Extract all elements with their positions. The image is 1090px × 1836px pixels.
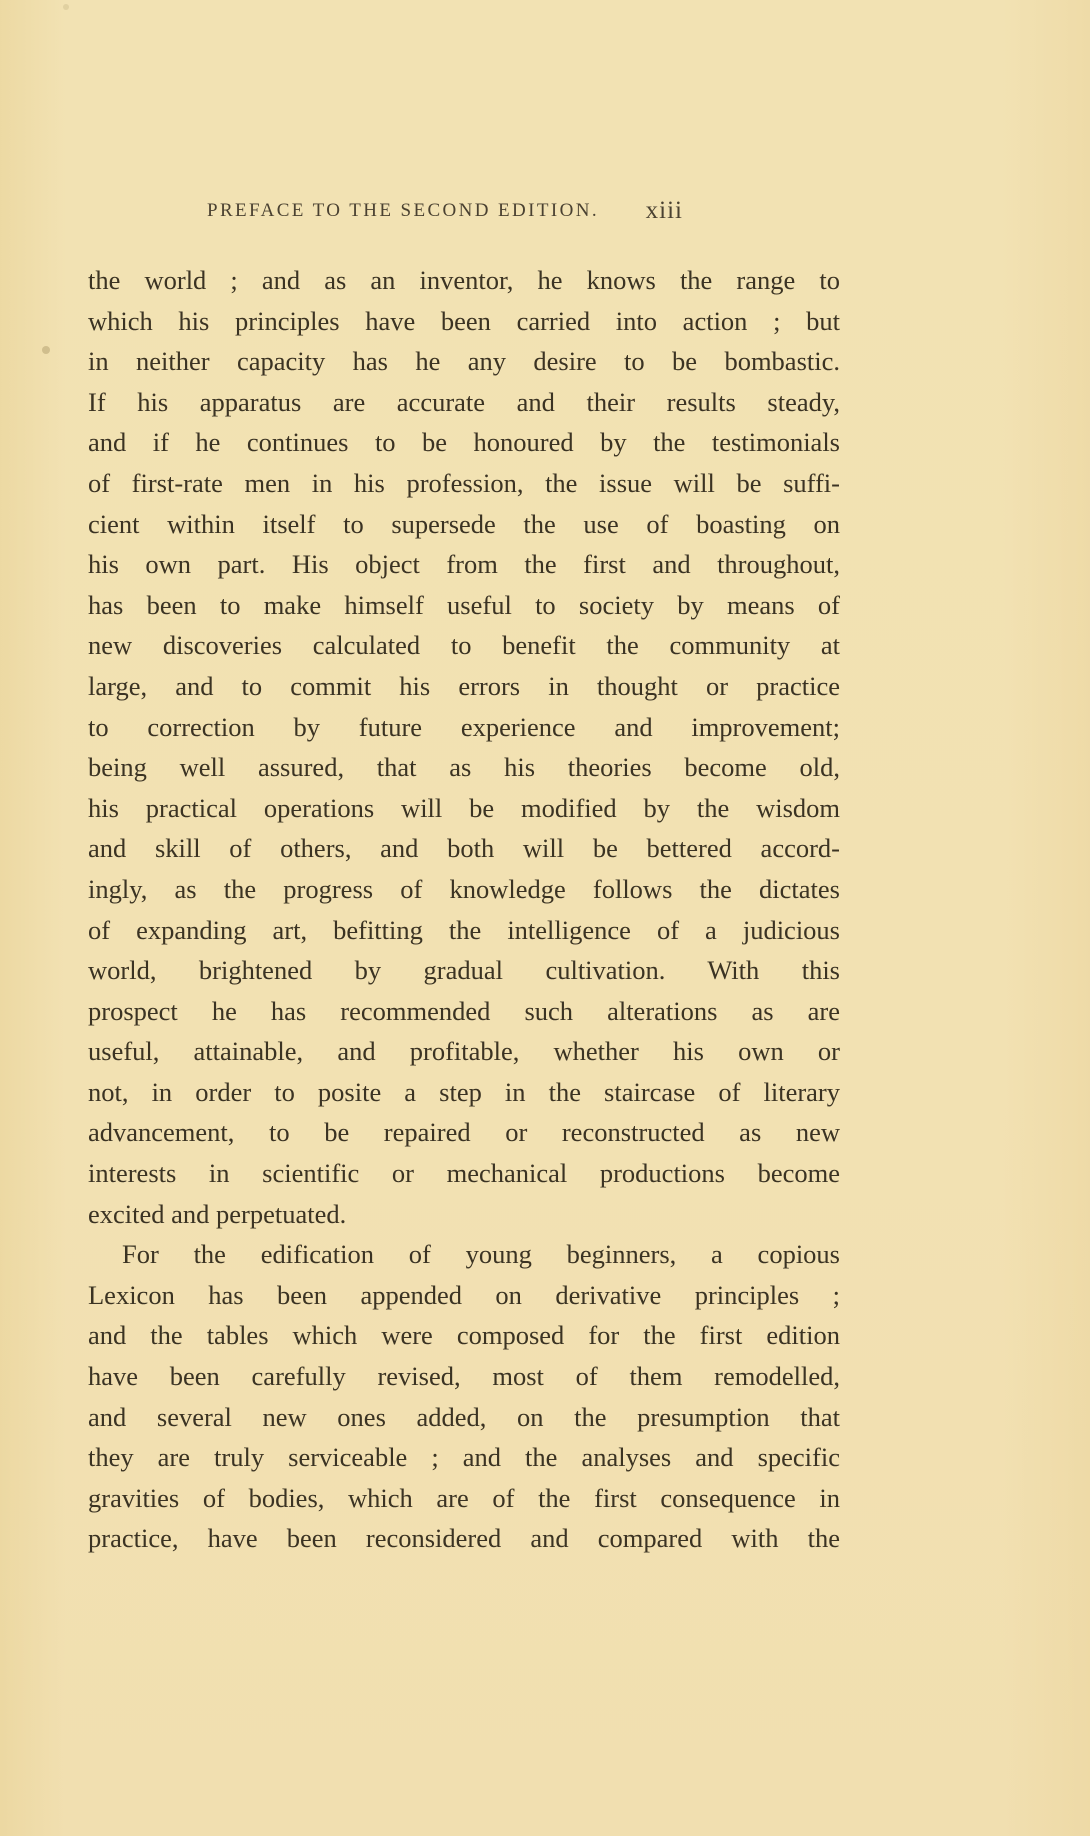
- text-line: which his principles have been carried i…: [88, 301, 840, 342]
- foxing-speck: [63, 4, 69, 10]
- text-line: new discoveries calculated to benefit th…: [88, 625, 840, 666]
- running-head: PREFACE TO THE SECOND EDITION. xiii: [207, 200, 683, 226]
- text-line: gravities of bodies, which are of the fi…: [88, 1478, 840, 1519]
- text-line: of first-rate men in his profession, the…: [88, 463, 840, 504]
- text-line: and several new ones added, on the presu…: [88, 1397, 840, 1438]
- text-line: For the edification of young beginners, …: [88, 1234, 840, 1275]
- text-line: the world ; and as an inventor, he knows…: [88, 260, 840, 301]
- text-line: his own part. His object from the first …: [88, 544, 840, 585]
- text-line: excited and perpetuated.: [88, 1194, 840, 1235]
- text-line: ingly, as the progress of knowledge foll…: [88, 869, 840, 910]
- book-page: PREFACE TO THE SECOND EDITION. xiii the …: [0, 0, 1090, 1836]
- text-line: advancement, to be repaired or reconstru…: [88, 1112, 840, 1153]
- text-line: they are truly serviceable ; and the ana…: [88, 1437, 840, 1478]
- text-line: practice, have been reconsidered and com…: [88, 1518, 840, 1559]
- paragraph-2: For the edification of young beginners, …: [88, 1234, 840, 1559]
- page-number: xiii: [646, 197, 683, 225]
- text-line: prospect he has recommended such alterat…: [88, 991, 840, 1032]
- text-line: useful, attainable, and profitable, whet…: [88, 1031, 840, 1072]
- text-line: and the tables which were composed for t…: [88, 1315, 840, 1356]
- text-line: cient within itself to supersede the use…: [88, 504, 840, 545]
- text-line: to correction by future experience and i…: [88, 707, 840, 748]
- paragraph-1: the world ; and as an inventor, he knows…: [88, 260, 840, 1234]
- text-line: world, brightened by gradual cultivation…: [88, 950, 840, 991]
- text-line: not, in order to posite a step in the st…: [88, 1072, 840, 1113]
- text-line: have been carefully revised, most of the…: [88, 1356, 840, 1397]
- text-line: Lexicon has been appended on derivative …: [88, 1275, 840, 1316]
- text-line: interests in scientific or mechanical pr…: [88, 1153, 840, 1194]
- text-line: If his apparatus are accurate and their …: [88, 382, 840, 423]
- foxing-speck: [42, 346, 50, 354]
- text-line: large, and to commit his errors in thoug…: [88, 666, 840, 707]
- text-line: of expanding art, befitting the intellig…: [88, 910, 840, 951]
- running-head-title: PREFACE TO THE SECOND EDITION.: [207, 200, 599, 222]
- text-line: his practical operations will be modifie…: [88, 788, 840, 829]
- body-text: the world ; and as an inventor, he knows…: [88, 260, 840, 1559]
- text-line: and if he continues to be honoured by th…: [88, 422, 840, 463]
- text-line: and skill of others, and both will be be…: [88, 828, 840, 869]
- text-line: has been to make himself useful to socie…: [88, 585, 840, 626]
- text-line: in neither capacity has he any desire to…: [88, 341, 840, 382]
- text-line: being well assured, that as his theories…: [88, 747, 840, 788]
